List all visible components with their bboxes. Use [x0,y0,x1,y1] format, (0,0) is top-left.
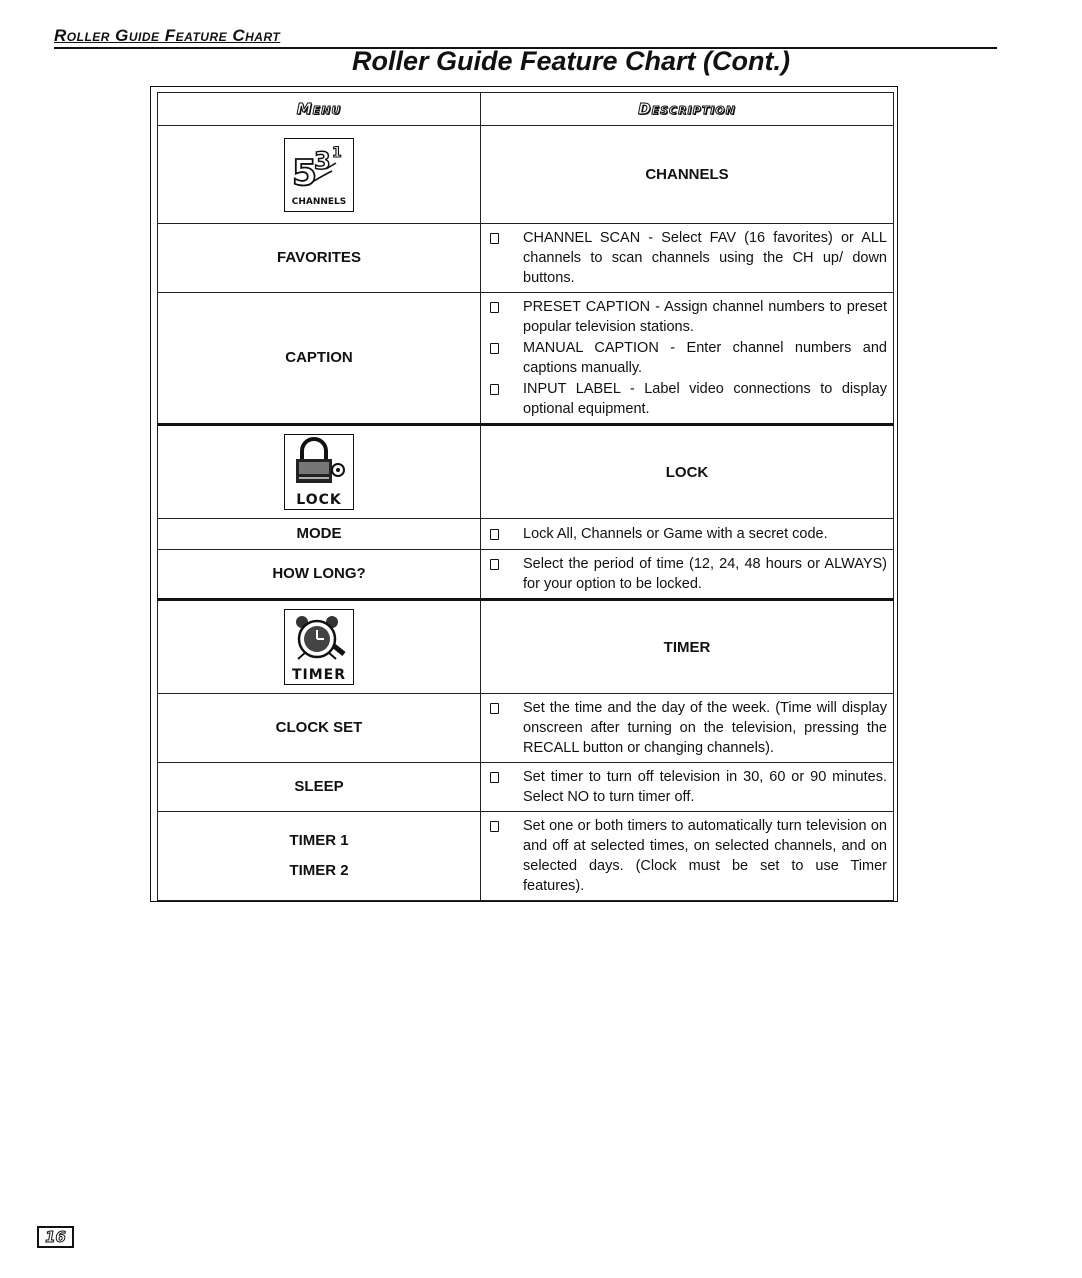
section-title: LOCK [481,425,894,519]
icon-caption: CHANNELS [285,194,353,211]
menu-item-label: CLOCK SET [158,713,480,743]
table-row: CLOCK SETSet the time and the day of the… [158,694,894,763]
table-row: SLEEPSet timer to turn off television in… [158,763,894,812]
description-list: Select the period of time (12, 24, 48 ho… [481,550,893,598]
description-list: Set the time and the day of the week. (T… [481,694,893,762]
icon-caption: TIMER [285,667,353,684]
menu-item-label: CAPTION [158,343,480,373]
bullet-box-icon [489,554,523,594]
description-item: Set the time and the day of the week. (T… [489,698,887,758]
menu-item-cell: SLEEP [158,763,481,812]
column-header-description: Description [481,93,894,126]
lock-icon: LOCK [284,434,354,510]
channels-icon: 531CHANNELS [284,138,354,212]
menu-item-cell: CAPTION [158,293,481,425]
description-cell: PRESET CAPTION - Assign channel numbers … [481,293,894,425]
section-channels-row: 531CHANNELSCHANNELS [158,126,894,224]
menu-item-label: MODE [158,519,480,549]
description-text: Set one or both timers to automatically … [523,816,887,896]
description-cell: Lock All, Channels or Game with a secret… [481,519,894,550]
page-title: Roller Guide Feature Chart (Cont.) [0,46,1082,77]
icon-caption: LOCK [285,492,353,509]
description-list: Set timer to turn off television in 30, … [481,763,893,811]
description-text: Set the time and the day of the week. (T… [523,698,887,758]
menu-item-label: SLEEP [158,772,480,802]
description-item: Select the period of time (12, 24, 48 ho… [489,554,887,594]
section-icon-cell: LOCK [158,425,481,519]
section-icon-cell: 531CHANNELS [158,126,481,224]
table-row: MODELock All, Channels or Game with a se… [158,519,894,550]
description-item: Set one or both timers to automatically … [489,816,887,896]
bullet-box-icon [489,524,523,545]
description-item: PRESET CAPTION - Assign channel numbers … [489,297,887,337]
menu-item-label: FAVORITES [158,243,480,273]
column-header-menu: Menu [158,93,481,126]
menu-item-cell: CLOCK SET [158,694,481,763]
bullet-box-icon [489,379,523,419]
description-list: PRESET CAPTION - Assign channel numbers … [481,293,893,423]
description-item: Lock All, Channels or Game with a secret… [489,524,887,545]
description-text: Lock All, Channels or Game with a secret… [523,524,887,545]
bullet-box-icon [489,816,523,896]
section-title: CHANNELS [481,126,894,224]
menu-item-label: TIMER 1 [158,826,480,856]
description-item: MANUAL CAPTION - Enter channel numbers a… [489,338,887,378]
section-header-text: Roller Guide Feature Chart [54,25,280,47]
description-text: CHANNEL SCAN - Select FAV (16 favorites)… [523,228,887,288]
table-header-row: Menu Description [158,93,894,126]
description-text: INPUT LABEL - Label video connections to… [523,379,887,419]
bullet-box-icon [489,698,523,758]
description-cell: Set timer to turn off television in 30, … [481,763,894,812]
bullet-box-icon [489,767,523,807]
svg-text:3: 3 [314,147,331,175]
description-cell: Set the time and the day of the week. (T… [481,694,894,763]
table-row: FAVORITESCHANNEL SCAN - Select FAV (16 f… [158,224,894,293]
menu-item-cell: FAVORITES [158,224,481,293]
menu-item-cell: HOW LONG? [158,550,481,600]
bullet-box-icon [489,338,523,378]
description-text: PRESET CAPTION - Assign channel numbers … [523,297,887,337]
description-item: INPUT LABEL - Label video connections to… [489,379,887,419]
table-row: TIMER 1TIMER 2Set one or both timers to … [158,812,894,901]
description-text: MANUAL CAPTION - Enter channel numbers a… [523,338,887,378]
section-lock-row: LOCKLOCK [158,425,894,519]
description-cell: CHANNEL SCAN - Select FAV (16 favorites)… [481,224,894,293]
timer-icon: TIMER [284,609,354,685]
bullet-box-icon [489,228,523,288]
description-item: CHANNEL SCAN - Select FAV (16 favorites)… [489,228,887,288]
description-cell: Select the period of time (12, 24, 48 ho… [481,550,894,600]
menu-item-cell: MODE [158,519,481,550]
section-title: TIMER [481,600,894,694]
description-text: Set timer to turn off television in 30, … [523,767,887,807]
description-text: Select the period of time (12, 24, 48 ho… [523,554,887,594]
description-list: Set one or both timers to automatically … [481,812,893,900]
menu-item-label: HOW LONG? [158,559,480,589]
menu-item-label: TIMER 2 [158,856,480,886]
description-cell: Set one or both timers to automatically … [481,812,894,901]
section-icon-cell: TIMER [158,600,481,694]
svg-text:1: 1 [332,145,342,161]
bullet-box-icon [489,297,523,337]
description-item: Set timer to turn off television in 30, … [489,767,887,807]
table-row: HOW LONG?Select the period of time (12, … [158,550,894,600]
section-timer-row: TIMERTIMER [158,600,894,694]
description-list: Lock All, Channels or Game with a secret… [481,520,893,549]
page-number: 16 [37,1226,74,1248]
feature-chart-table: Menu Description 531CHANNELSCHANNELSFAVO… [157,92,894,901]
table-row: CAPTIONPRESET CAPTION - Assign channel n… [158,293,894,425]
menu-item-cell: TIMER 1TIMER 2 [158,812,481,901]
description-list: CHANNEL SCAN - Select FAV (16 favorites)… [481,224,893,292]
